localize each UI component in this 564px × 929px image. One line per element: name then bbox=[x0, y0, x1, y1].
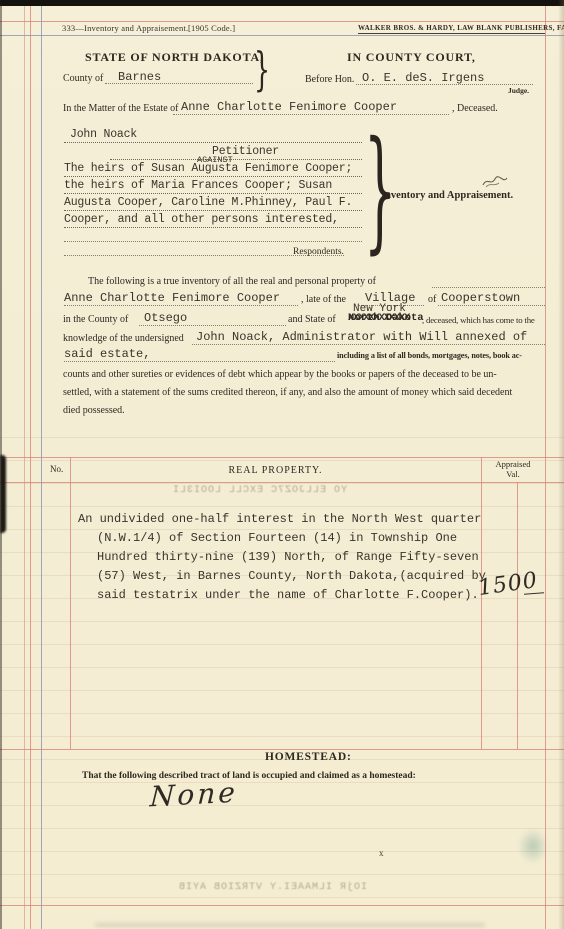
fill-line bbox=[64, 226, 362, 228]
property-description-line: Hundred thirty-nine (139) North, of Rang… bbox=[97, 550, 479, 564]
small-brace-glyph: } bbox=[254, 46, 270, 92]
stray-x-mark: x bbox=[379, 848, 384, 858]
table-header-rule bbox=[0, 482, 564, 483]
fill-line bbox=[173, 113, 449, 115]
top-rule-red bbox=[0, 21, 564, 22]
ink-smudge bbox=[518, 828, 548, 864]
cents-column-rule bbox=[517, 482, 518, 749]
said-estate-value: said estate, bbox=[64, 347, 150, 361]
state-heading: STATE OF NORTH DAKOTA, bbox=[85, 50, 264, 65]
property-description-line: (57) West, in Barnes County, North Dakot… bbox=[97, 569, 486, 583]
after-state-text: , deceased, which has come to the bbox=[422, 315, 535, 325]
fill-line bbox=[64, 360, 335, 362]
column-header-val: Val. bbox=[481, 469, 545, 479]
late-of-label: , late of the bbox=[301, 294, 346, 305]
fill-line bbox=[110, 158, 362, 160]
bleedthrough-text-top: YO ELLJOZ7C EXCLL LOOI3LI bbox=[172, 485, 347, 496]
fill-line bbox=[64, 175, 362, 177]
fill-line bbox=[64, 141, 362, 143]
estate-decedent-name: Anne Charlotte Fenimore Cooper bbox=[181, 100, 397, 114]
left-margin-rule-blue bbox=[41, 6, 42, 929]
court-heading: IN COUNTY COURT, bbox=[347, 50, 476, 65]
document-page: 333—Inventory and Appraisement. [1905 Co… bbox=[0, 0, 564, 929]
before-hon-label: Before Hon. bbox=[305, 74, 354, 85]
column-header-appraised: Appraised bbox=[481, 459, 545, 469]
handwritten-check-mark bbox=[482, 175, 508, 189]
knowledge-label: knowledge of the undersigned bbox=[63, 333, 184, 344]
estate-label: In the Matter of the Estate of bbox=[63, 103, 179, 114]
administrator-value: John Noack, Administrator with Will anne… bbox=[196, 330, 527, 344]
property-description-line: (N.W.1/4) of Section Fourteen (14) in To… bbox=[97, 531, 457, 545]
respondent-line: Augusta Cooper, Caroline M.Phinney, Paul… bbox=[64, 196, 352, 209]
form-number: 333—Inventory and Appraisement. bbox=[62, 23, 188, 33]
footer-rule bbox=[0, 905, 564, 906]
scan-edge-bottom bbox=[95, 923, 485, 927]
decedent-name: Anne Charlotte Fenimore Cooper bbox=[64, 291, 280, 305]
fill-line bbox=[105, 82, 253, 84]
table-bottom-rule bbox=[0, 749, 564, 750]
recital-body-line4: died possessed. bbox=[63, 405, 125, 416]
petitioner-name: John Noack bbox=[70, 128, 137, 141]
recital-body-line2: counts and other sureties or evidences o… bbox=[63, 369, 497, 380]
state-of-label: and State of bbox=[288, 314, 336, 325]
code-reference: [1905 Code.] bbox=[188, 23, 235, 33]
fill-line bbox=[139, 324, 286, 326]
scan-edge-right bbox=[558, 0, 564, 929]
including-text: including a list of all bonds, mortgages… bbox=[337, 351, 522, 360]
fill-line bbox=[356, 83, 533, 85]
publisher-underline bbox=[358, 33, 545, 34]
top-rule-blue bbox=[0, 35, 564, 36]
column-header-property: REAL PROPERTY. bbox=[70, 465, 481, 476]
respondent-line: the heirs of Maria Frances Cooper; Susan bbox=[64, 179, 332, 192]
column-header-no: No. bbox=[50, 464, 63, 474]
left-margin-rule-2 bbox=[30, 6, 31, 929]
bleedthrough-text-bottom: IOjR ILMAAEI.Y VTRZIOB AYIB bbox=[178, 882, 367, 893]
fill-line bbox=[438, 304, 545, 306]
value-column-rule bbox=[481, 457, 482, 749]
publisher-imprint: WALKER BROS. & HARDY, LAW BLANK PUBLISHE… bbox=[358, 24, 545, 32]
table-top-rule bbox=[0, 457, 564, 458]
property-description-line: An undivided one-half interest in the No… bbox=[78, 512, 481, 526]
fill-line bbox=[432, 286, 545, 288]
document-title: Inventory and Appraisement. bbox=[381, 190, 513, 201]
deceased-label: , Deceased. bbox=[452, 103, 498, 114]
property-description-line: said testatrix under the name of Charlot… bbox=[97, 588, 479, 602]
fill-line bbox=[64, 209, 362, 211]
judge-caption: Judge. bbox=[508, 86, 529, 95]
state-struck-out: North Dakota XXXXXXXXXXXX bbox=[348, 312, 424, 324]
homestead-heading: HOMESTEAD: bbox=[265, 751, 352, 763]
no-column-rule bbox=[70, 457, 71, 749]
left-margin-rule-1 bbox=[24, 6, 25, 929]
place-name-value: Cooperstown bbox=[441, 291, 520, 305]
respondents-label: Respondents. bbox=[293, 247, 344, 257]
of-label: of bbox=[428, 294, 436, 305]
recital-line1: The following is a true inventory of all… bbox=[88, 276, 376, 287]
fill-line bbox=[192, 343, 545, 345]
fill-line bbox=[64, 304, 298, 306]
fill-line bbox=[64, 240, 362, 242]
respondent-line: Cooper, and all other persons interested… bbox=[64, 213, 339, 226]
county-label: County of bbox=[63, 73, 103, 84]
county-of-label: in the County of bbox=[63, 314, 128, 325]
respondent-line: The heirs of Susan Augusta Fenimore Coop… bbox=[64, 162, 352, 175]
county-of-value: Otsego bbox=[144, 311, 187, 325]
fill-line bbox=[64, 192, 362, 194]
scan-edge-top bbox=[0, 0, 564, 6]
state-overstrike-x: XXXXXXXXXXXX bbox=[348, 312, 409, 324]
scan-edge-blob bbox=[0, 455, 6, 533]
homestead-entry-handwritten: None bbox=[149, 776, 239, 814]
recital-body-line3: settled, with a statement of the sums cr… bbox=[63, 387, 512, 398]
right-margin-rule bbox=[545, 6, 546, 929]
homestead-statement: That the following described tract of la… bbox=[82, 771, 416, 781]
